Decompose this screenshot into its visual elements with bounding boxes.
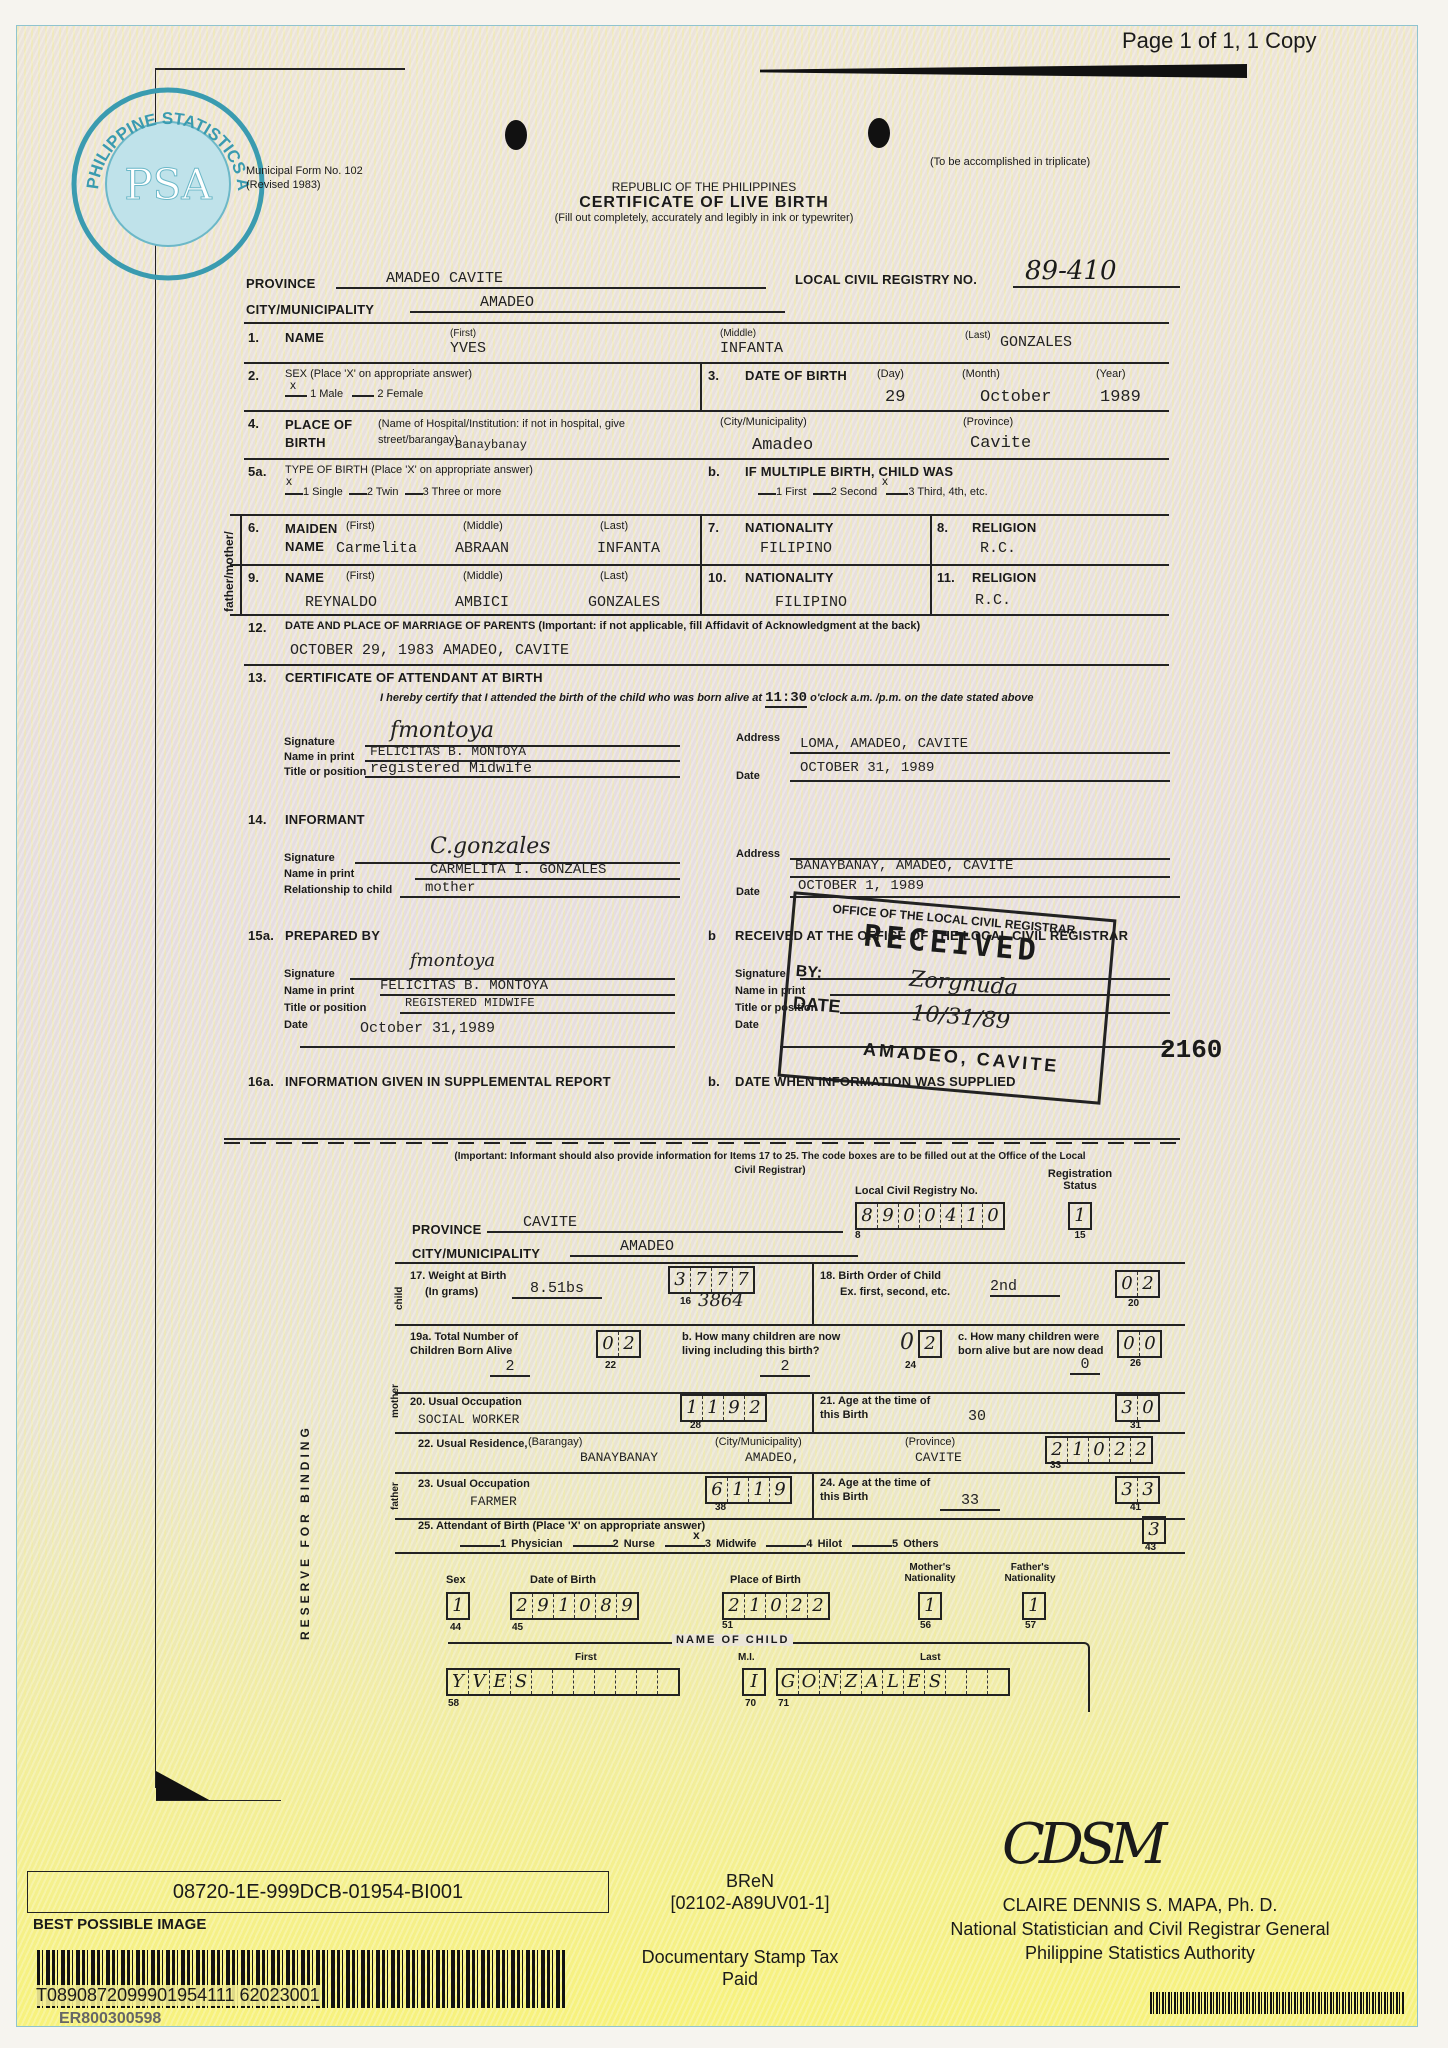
certificate-sheet — [16, 25, 1418, 2027]
dob-label: DATE OF BIRTH — [745, 368, 847, 383]
relationship-label: Relationship to child — [284, 882, 392, 898]
mother-first-name: Carmelita — [336, 540, 417, 557]
barcode-text: T0890872099901954111 62023001 — [36, 1985, 320, 2006]
attendant-options: 1 Physician2 Nurse3 Midwife4 Hilot5 Othe… — [450, 1538, 939, 1550]
attendant-label: CERTIFICATE OF ATTENDANT AT BIRTH — [285, 670, 543, 685]
code-digit: 2 — [1131, 1438, 1151, 1462]
multiple-first: 1 First — [776, 486, 807, 498]
address-label: Address — [736, 848, 780, 860]
mother-religion: R.C. — [980, 540, 1016, 557]
code-digit: 9 — [533, 1594, 554, 1618]
date-label: Date — [736, 886, 760, 898]
mnat-code-box: 1 — [918, 1592, 942, 1620]
code-digit: A — [862, 1670, 883, 1694]
res-province-label: (Province) — [905, 1436, 955, 1448]
stamp-by: BY: — [795, 963, 823, 983]
address-label: Address — [736, 732, 780, 744]
sig-label: Signature — [284, 735, 366, 750]
code-digit: 3 — [1138, 1478, 1158, 1502]
side-father-label: father — [390, 1482, 401, 1510]
pob-code-box: 21022 — [722, 1592, 830, 1620]
informant-address: BANAYBANAY, AMADEO, CAVITE — [795, 858, 1013, 874]
er-number: ER800300598 — [59, 2010, 161, 2028]
code-digit: G — [778, 1670, 799, 1694]
stat-city-label: CITY/MUNICIPALITY — [412, 1246, 540, 1261]
name-first-label: First — [575, 1652, 597, 1663]
dead-code-box: 00 — [1117, 1330, 1162, 1358]
multiple-third: 3 Third, 4th, etc. — [908, 486, 987, 498]
code-digit: 1 — [920, 1594, 940, 1618]
prepared-labels: Signature Name in print Title or positio… — [284, 966, 366, 1034]
weight-value: 8.51bs — [512, 1280, 602, 1299]
title-label: Title or position — [284, 765, 366, 780]
stamp-date-label: DATE — [792, 993, 841, 1018]
multiple-second: 2 Second — [831, 486, 877, 498]
mother-middle-name: ABRAAN — [455, 540, 509, 557]
rule — [244, 664, 1169, 666]
code-digit: 1 — [682, 1396, 703, 1420]
mother-religion-label: RELIGION — [972, 520, 1036, 535]
blank-line — [665, 1545, 705, 1547]
informant-labels: Signature Name in print Relationship to … — [284, 850, 392, 898]
item-number: 2. — [248, 368, 259, 383]
attendant-name: FELICITAS B. MONTOYA — [370, 744, 526, 759]
pob-city: Amadeo — [752, 436, 813, 455]
code-number: 41 — [1130, 1502, 1141, 1513]
code-digit: 8 — [857, 1204, 878, 1228]
code-digit: 2 — [1110, 1438, 1131, 1462]
rule — [790, 752, 1170, 754]
name-label: Name in print — [284, 866, 392, 882]
rule — [230, 614, 1169, 616]
code-digit: E — [904, 1670, 925, 1694]
code-digit: V — [469, 1670, 490, 1694]
nfirst-code-box: YVES — [446, 1668, 680, 1696]
code-digit: I — [744, 1670, 764, 1694]
punch-hole-icon — [868, 118, 890, 148]
code-digit: 8 — [596, 1594, 617, 1618]
father-age: 33 — [940, 1492, 1000, 1511]
reserve-for-binding: RESERVE FOR BINDING — [298, 1424, 312, 1640]
mother-last-name: INFANTA — [597, 540, 660, 557]
sex-label: SEX (Place 'X' on appropriate answer) — [285, 368, 472, 380]
rule — [930, 514, 932, 614]
small-barcode — [1150, 1992, 1405, 2014]
reg-status-code: 1 15 — [1068, 1202, 1092, 1241]
code-number: 38 — [715, 1502, 726, 1513]
rule — [395, 1552, 1185, 1554]
code-digit: 1 — [962, 1204, 983, 1228]
code-digit — [616, 1670, 637, 1694]
mother-occupation-label: 20. Usual Occupation — [410, 1396, 522, 1408]
signatory-title: National Statistician and Civil Registra… — [880, 1917, 1400, 1941]
blank-line — [460, 1545, 500, 1547]
code-digit: 7 — [691, 1268, 712, 1292]
code-dob-label: Date of Birth — [530, 1574, 596, 1586]
tob-label: TYPE OF BIRTH (Place 'X' on appropriate … — [285, 464, 533, 476]
mother-occupation: SOCIAL WORKER — [418, 1412, 519, 1427]
stat-lcr-code: 8900410 8 — [855, 1202, 1005, 1241]
code-digit: 0 — [899, 1204, 920, 1228]
total-label: 19a. Total Number of Children Born Alive — [410, 1330, 540, 1358]
father-first-name: REYNALDO — [305, 594, 377, 611]
code-digit: 9 — [724, 1396, 745, 1420]
order-code-box: 02 — [1115, 1270, 1160, 1298]
dob-year-label: (Year) — [1096, 368, 1126, 380]
code-digit: 0 — [1089, 1438, 1110, 1462]
form-number-text: Municipal Form No. 102 — [246, 164, 363, 178]
rule — [812, 1472, 814, 1518]
bren-block: BReN [02102-A89UV01-1] — [620, 1870, 880, 1914]
rule — [400, 896, 680, 898]
date-label: Date — [284, 1017, 366, 1034]
living-label: b. How many children are now living incl… — [682, 1330, 852, 1358]
child-last-name: GONZALES — [1000, 334, 1072, 351]
lcr-number: 89-410 — [1013, 256, 1180, 288]
blank-line — [766, 1545, 806, 1547]
code-digit: E — [490, 1670, 511, 1694]
code-digit: 1 — [728, 1478, 749, 1502]
code-digit — [553, 1670, 574, 1694]
code-digit — [658, 1670, 678, 1694]
father-nationality-label: NATIONALITY — [745, 570, 834, 585]
code-digit — [574, 1670, 595, 1694]
item-number: b — [708, 928, 716, 943]
sex-option-female: 2 Female — [377, 388, 423, 400]
dob-month-label: (Month) — [962, 368, 1000, 380]
fnat-code-box: 1 — [1022, 1592, 1046, 1620]
stat-city: AMADEO — [570, 1238, 858, 1257]
dob-month: October — [980, 388, 1051, 407]
stat-province-label: PROVINCE — [412, 1222, 482, 1237]
attendant-option: 5 Others — [892, 1538, 939, 1550]
name-child-label: NAME OF CHILD — [672, 1634, 793, 1646]
code-number: 71 — [778, 1698, 789, 1709]
city-field: AMADEO — [410, 294, 785, 313]
date-label: Date — [736, 770, 760, 782]
fage-code-box: 33 — [1115, 1476, 1160, 1504]
rule — [700, 514, 702, 614]
title-label: Title or position — [284, 1000, 366, 1017]
middle-label: (Middle) — [463, 520, 503, 532]
child-first-name: YVES — [450, 340, 486, 357]
side-child-label: child — [394, 1287, 405, 1310]
attendant-certify: I hereby certify that I attended the bir… — [380, 690, 1033, 706]
child-middle-name: INFANTA — [720, 340, 783, 357]
sig-label: Signature — [284, 966, 366, 983]
rule — [395, 1262, 1185, 1264]
code-number: 58 — [448, 1698, 459, 1709]
first-label: (First) — [346, 520, 375, 532]
best-image-label: BEST POSSIBLE IMAGE — [33, 1916, 206, 1933]
attendant-option: 2 Nurse — [613, 1538, 655, 1550]
title-block: REPUBLIC OF THE PHILIPPINES CERTIFICATE … — [0, 180, 1448, 224]
code-digit: 2 — [787, 1594, 808, 1618]
father-religion: R.C. — [975, 592, 1011, 609]
item-number: 1. — [248, 330, 259, 345]
item-number: 5a. — [248, 464, 267, 479]
attendant-signature: fmontoya — [390, 718, 494, 743]
statistical-note: (Important: Informant should also provid… — [450, 1150, 1090, 1178]
mother-nationality: FILIPINO — [760, 540, 832, 557]
father-last-name: GONZALES — [588, 594, 660, 611]
last-label: (Last) — [600, 520, 628, 532]
item-number: 8. — [937, 520, 948, 535]
nmi-code-box: I — [742, 1668, 766, 1696]
prepared-name: FELICITAS B. MONTOYA — [380, 978, 548, 994]
code-number: 16 — [680, 1296, 691, 1307]
rule — [700, 362, 702, 410]
marriage-value: OCTOBER 29, 1983 AMADEO, CAVITE — [290, 642, 569, 659]
code-digit: 0 — [598, 1332, 619, 1356]
code-digit — [988, 1670, 1008, 1694]
code-number: 31 — [1130, 1420, 1141, 1431]
pob-label: PLACE OF BIRTH — [285, 416, 355, 452]
code-mother-nat-label: Mother's Nationality — [895, 1562, 965, 1584]
lcr-label: LOCAL CIVIL REGISTRY NO. — [795, 272, 977, 287]
pob-barangay: Banaybanay — [455, 438, 527, 452]
code-digit: 0 — [983, 1204, 1003, 1228]
middle-label: (Middle) — [463, 570, 503, 582]
code-digit: 3 — [1117, 1396, 1138, 1420]
attendant-title: registered Midwife — [370, 760, 532, 777]
weight-correction: 3864 — [698, 1290, 744, 1311]
certify-pre: I hereby certify that I attended the bir… — [380, 692, 762, 704]
code-digit: 1 — [1024, 1594, 1044, 1618]
code-digit: 3 — [1144, 1518, 1164, 1542]
document-code: 08720-1E-999DCB-01954-BI001 — [27, 1871, 609, 1913]
res-city-label: (City/Municipality) — [715, 1436, 802, 1448]
code-digit: 0 — [1138, 1396, 1158, 1420]
code-digit: 1 — [1070, 1204, 1090, 1228]
code-digit — [946, 1670, 967, 1694]
mother-age-label: 21. Age at the time of this Birth — [820, 1394, 940, 1422]
pob-province-label: (Province) — [963, 416, 1013, 428]
code-digit: 7 — [733, 1268, 753, 1292]
code-number: 26 — [1130, 1358, 1141, 1369]
code-digit: 2 — [512, 1594, 533, 1618]
item-number: 10. — [708, 570, 727, 585]
item-number: 13. — [248, 670, 267, 685]
code-digit: 2 — [1047, 1438, 1068, 1462]
code-sex-label: Sex — [446, 1574, 466, 1586]
code-digit: 2 — [920, 1332, 940, 1356]
middle-label: (Middle) — [720, 328, 756, 339]
item-number: 4. — [248, 416, 259, 431]
province-field: AMADEO CAVITE — [336, 270, 766, 289]
code-number: 33 — [1050, 1460, 1061, 1471]
code-pob-label: Place of Birth — [730, 1574, 801, 1586]
code-number: 24 — [905, 1360, 916, 1371]
code-digit: Y — [448, 1670, 469, 1694]
informant-name: CARMELITA I. GONZALES — [430, 862, 606, 878]
code-digit: 1 — [749, 1478, 770, 1502]
code-digit: 0 — [575, 1594, 596, 1618]
signatory-block: CLAIRE DENNIS S. MAPA, Ph. D. National S… — [880, 1893, 1400, 1965]
informant-signature: C.gonzales — [430, 834, 551, 859]
item-number: b. — [708, 1074, 720, 1089]
rule — [240, 514, 242, 614]
reg-status-label: Registration Status — [1035, 1168, 1125, 1192]
last-label: (Last) — [965, 330, 991, 341]
code-digit: 1 — [745, 1594, 766, 1618]
rule — [244, 458, 1169, 460]
code-digit: 2 — [1138, 1272, 1158, 1296]
mother-age: 30 — [968, 1408, 986, 1425]
code-number: 57 — [1025, 1620, 1036, 1631]
father-middle-name: AMBICI — [455, 594, 509, 611]
blank-line — [852, 1545, 892, 1547]
first-label: (First) — [346, 570, 375, 582]
res-barangay: BANAYBANAY — [580, 1450, 658, 1465]
prepared-label: PREPARED BY — [285, 928, 380, 943]
last-label: (Last) — [600, 570, 628, 582]
code-number: 56 — [920, 1620, 931, 1631]
supplemental-label: INFORMATION GIVEN IN SUPPLEMENTAL REPORT — [285, 1074, 611, 1089]
code-digit: S — [925, 1670, 946, 1694]
item-number: 11. — [937, 570, 955, 585]
attendant-type-label: 25. Attendant of Birth (Place 'X' on app… — [418, 1520, 705, 1532]
reg-code-box: 1 — [1068, 1202, 1092, 1230]
stamp-date: 10/31/89 — [910, 1001, 1011, 1035]
code-digit: O — [799, 1670, 820, 1694]
code-digit: 9 — [878, 1204, 899, 1228]
stamp-signature: Zorgnuda — [908, 967, 1018, 1001]
left-margin-rule — [155, 68, 156, 1788]
attendant-labels: Signature Name in print Title or positio… — [284, 735, 366, 780]
prepared-title: REGISTERED MIDWIFE — [405, 996, 535, 1010]
item-number: 12. — [248, 620, 267, 635]
first-label: (First) — [450, 328, 476, 339]
code-number: 28 — [690, 1420, 701, 1431]
certify-post: o'clock a.m. /p.m. on the date stated ab… — [810, 692, 1033, 704]
dead-value: 0 — [1070, 1356, 1100, 1375]
pob-city-label: (City/Municipality) — [720, 416, 807, 428]
signatory-signature: CDSM — [1002, 1812, 1161, 1877]
rule — [244, 362, 1169, 364]
code-digit: 2 — [619, 1332, 639, 1356]
attendant-option: 3 Midwife — [705, 1538, 757, 1550]
code-digit: 1 — [554, 1594, 575, 1618]
parents-side-label: father/mother/ — [222, 531, 236, 612]
dead-label: c. How many children were born alive but… — [958, 1330, 1108, 1358]
dob-day: 29 — [885, 388, 905, 407]
stamp-place: AMADEO, CAVITE — [862, 1039, 1060, 1077]
sex-code-box: 1 — [446, 1592, 470, 1620]
living-code-box: 2 — [918, 1330, 942, 1358]
attendant-address: LOMA, AMADEO, CAVITE — [800, 736, 968, 752]
name-label: Name in print — [284, 750, 366, 765]
rule — [812, 1392, 814, 1432]
father-occupation: FARMER — [470, 1494, 517, 1509]
name-label: Name in print — [284, 983, 366, 1000]
stat-province: CAVITE — [487, 1214, 843, 1233]
bren-label: BReN — [620, 1870, 880, 1892]
code-number: 15 — [1068, 1230, 1092, 1241]
rule — [300, 1046, 675, 1048]
republic-heading: REPUBLIC OF THE PHILIPPINES — [0, 180, 1448, 194]
tob-twin: 2 Twin — [367, 486, 399, 498]
sex-option-male: 1 Male — [310, 388, 343, 400]
bren-value: [02102-A89UV01-1] — [620, 1892, 880, 1914]
rule — [244, 322, 1169, 324]
code-number: 70 — [745, 1698, 756, 1709]
informant-date: OCTOBER 1, 1989 — [798, 878, 924, 894]
marriage-label: DATE AND PLACE OF MARRIAGE OF PARENTS (I… — [285, 620, 920, 632]
item-number: 6. — [248, 520, 259, 535]
code-digit: 3 — [1117, 1478, 1138, 1502]
informant-label: INFORMANT — [285, 812, 365, 827]
code-digit: 4 — [941, 1204, 962, 1228]
punch-hole-icon — [505, 120, 527, 150]
side-mother-label: mother — [390, 1384, 401, 1418]
item-number: 7. — [708, 520, 719, 535]
rule — [395, 1432, 1185, 1434]
code-digit: 9 — [770, 1478, 790, 1502]
res-province: CAVITE — [915, 1450, 962, 1465]
code-digit: 0 — [1119, 1332, 1140, 1356]
weight-sub: (In grams) — [425, 1286, 478, 1298]
name-mi-label: M.I. — [738, 1652, 755, 1663]
city-label: CITY/MUNICIPALITY — [246, 302, 374, 317]
triplicate-note: (To be accomplished in triplicate) — [930, 156, 1090, 168]
tob-three: 3 Three or more — [423, 486, 502, 498]
code-digit — [532, 1670, 553, 1694]
weight-label: 17. Weight at Birth — [410, 1270, 506, 1282]
item-number: 15a. — [248, 928, 274, 943]
tob-single: 1 Single — [303, 486, 343, 498]
res-barangay-label: (Barangay) — [528, 1436, 582, 1448]
code-digit — [595, 1670, 616, 1694]
rule — [790, 780, 1170, 782]
code-digit: Z — [841, 1670, 862, 1694]
code-number: 8 — [855, 1230, 1005, 1241]
attendant-option: 4 Hilot — [806, 1538, 842, 1550]
father-nationality: FILIPINO — [775, 594, 847, 611]
page-info: Page 1 of 1, 1 Copy — [1122, 28, 1316, 54]
attendant-date: OCTOBER 31, 1989 — [800, 760, 934, 776]
code-number: 44 — [450, 1622, 461, 1633]
res-city: AMADEO, — [745, 1450, 800, 1465]
code-digit: 2 — [724, 1594, 745, 1618]
code-digit: 0 — [1140, 1332, 1160, 1356]
order-label: 18. Birth Order of Child — [820, 1270, 941, 1282]
code-digit: 1 — [703, 1396, 724, 1420]
supplemental-date-label: DATE WHEN INFORMATION WAS SUPPLIED — [735, 1074, 1016, 1089]
item-number: 16a. — [248, 1074, 274, 1089]
item-number: b. — [708, 464, 720, 479]
living-value: 2 — [760, 1358, 810, 1377]
prepared-date: October 31,1989 — [360, 1020, 495, 1037]
side-number: 2160 — [1160, 1035, 1222, 1065]
code-digit: 2 — [808, 1594, 828, 1618]
rule — [812, 1262, 814, 1324]
received-stamp: OFFICE OF THE LOCAL CIVIL REGISTRAR RECE… — [778, 891, 1117, 1105]
instructions: (Fill out completely, accurately and leg… — [0, 212, 1448, 224]
province-label: PROVINCE — [246, 276, 316, 291]
code-number: 22 — [605, 1360, 616, 1371]
rule — [244, 410, 1169, 412]
att-code-box: 3 — [1142, 1516, 1166, 1544]
stamp-tax-paid: Documentary Stamp Tax Paid — [640, 1946, 840, 1990]
mother-name-label: MAIDEN NAME — [285, 520, 340, 556]
code-digit: 0 — [920, 1204, 941, 1228]
code-digit: 3 — [670, 1268, 691, 1292]
top-rule — [155, 68, 405, 70]
rule — [224, 1138, 1180, 1140]
rule — [400, 1012, 675, 1014]
dob-code-box: 291089 — [510, 1592, 639, 1620]
